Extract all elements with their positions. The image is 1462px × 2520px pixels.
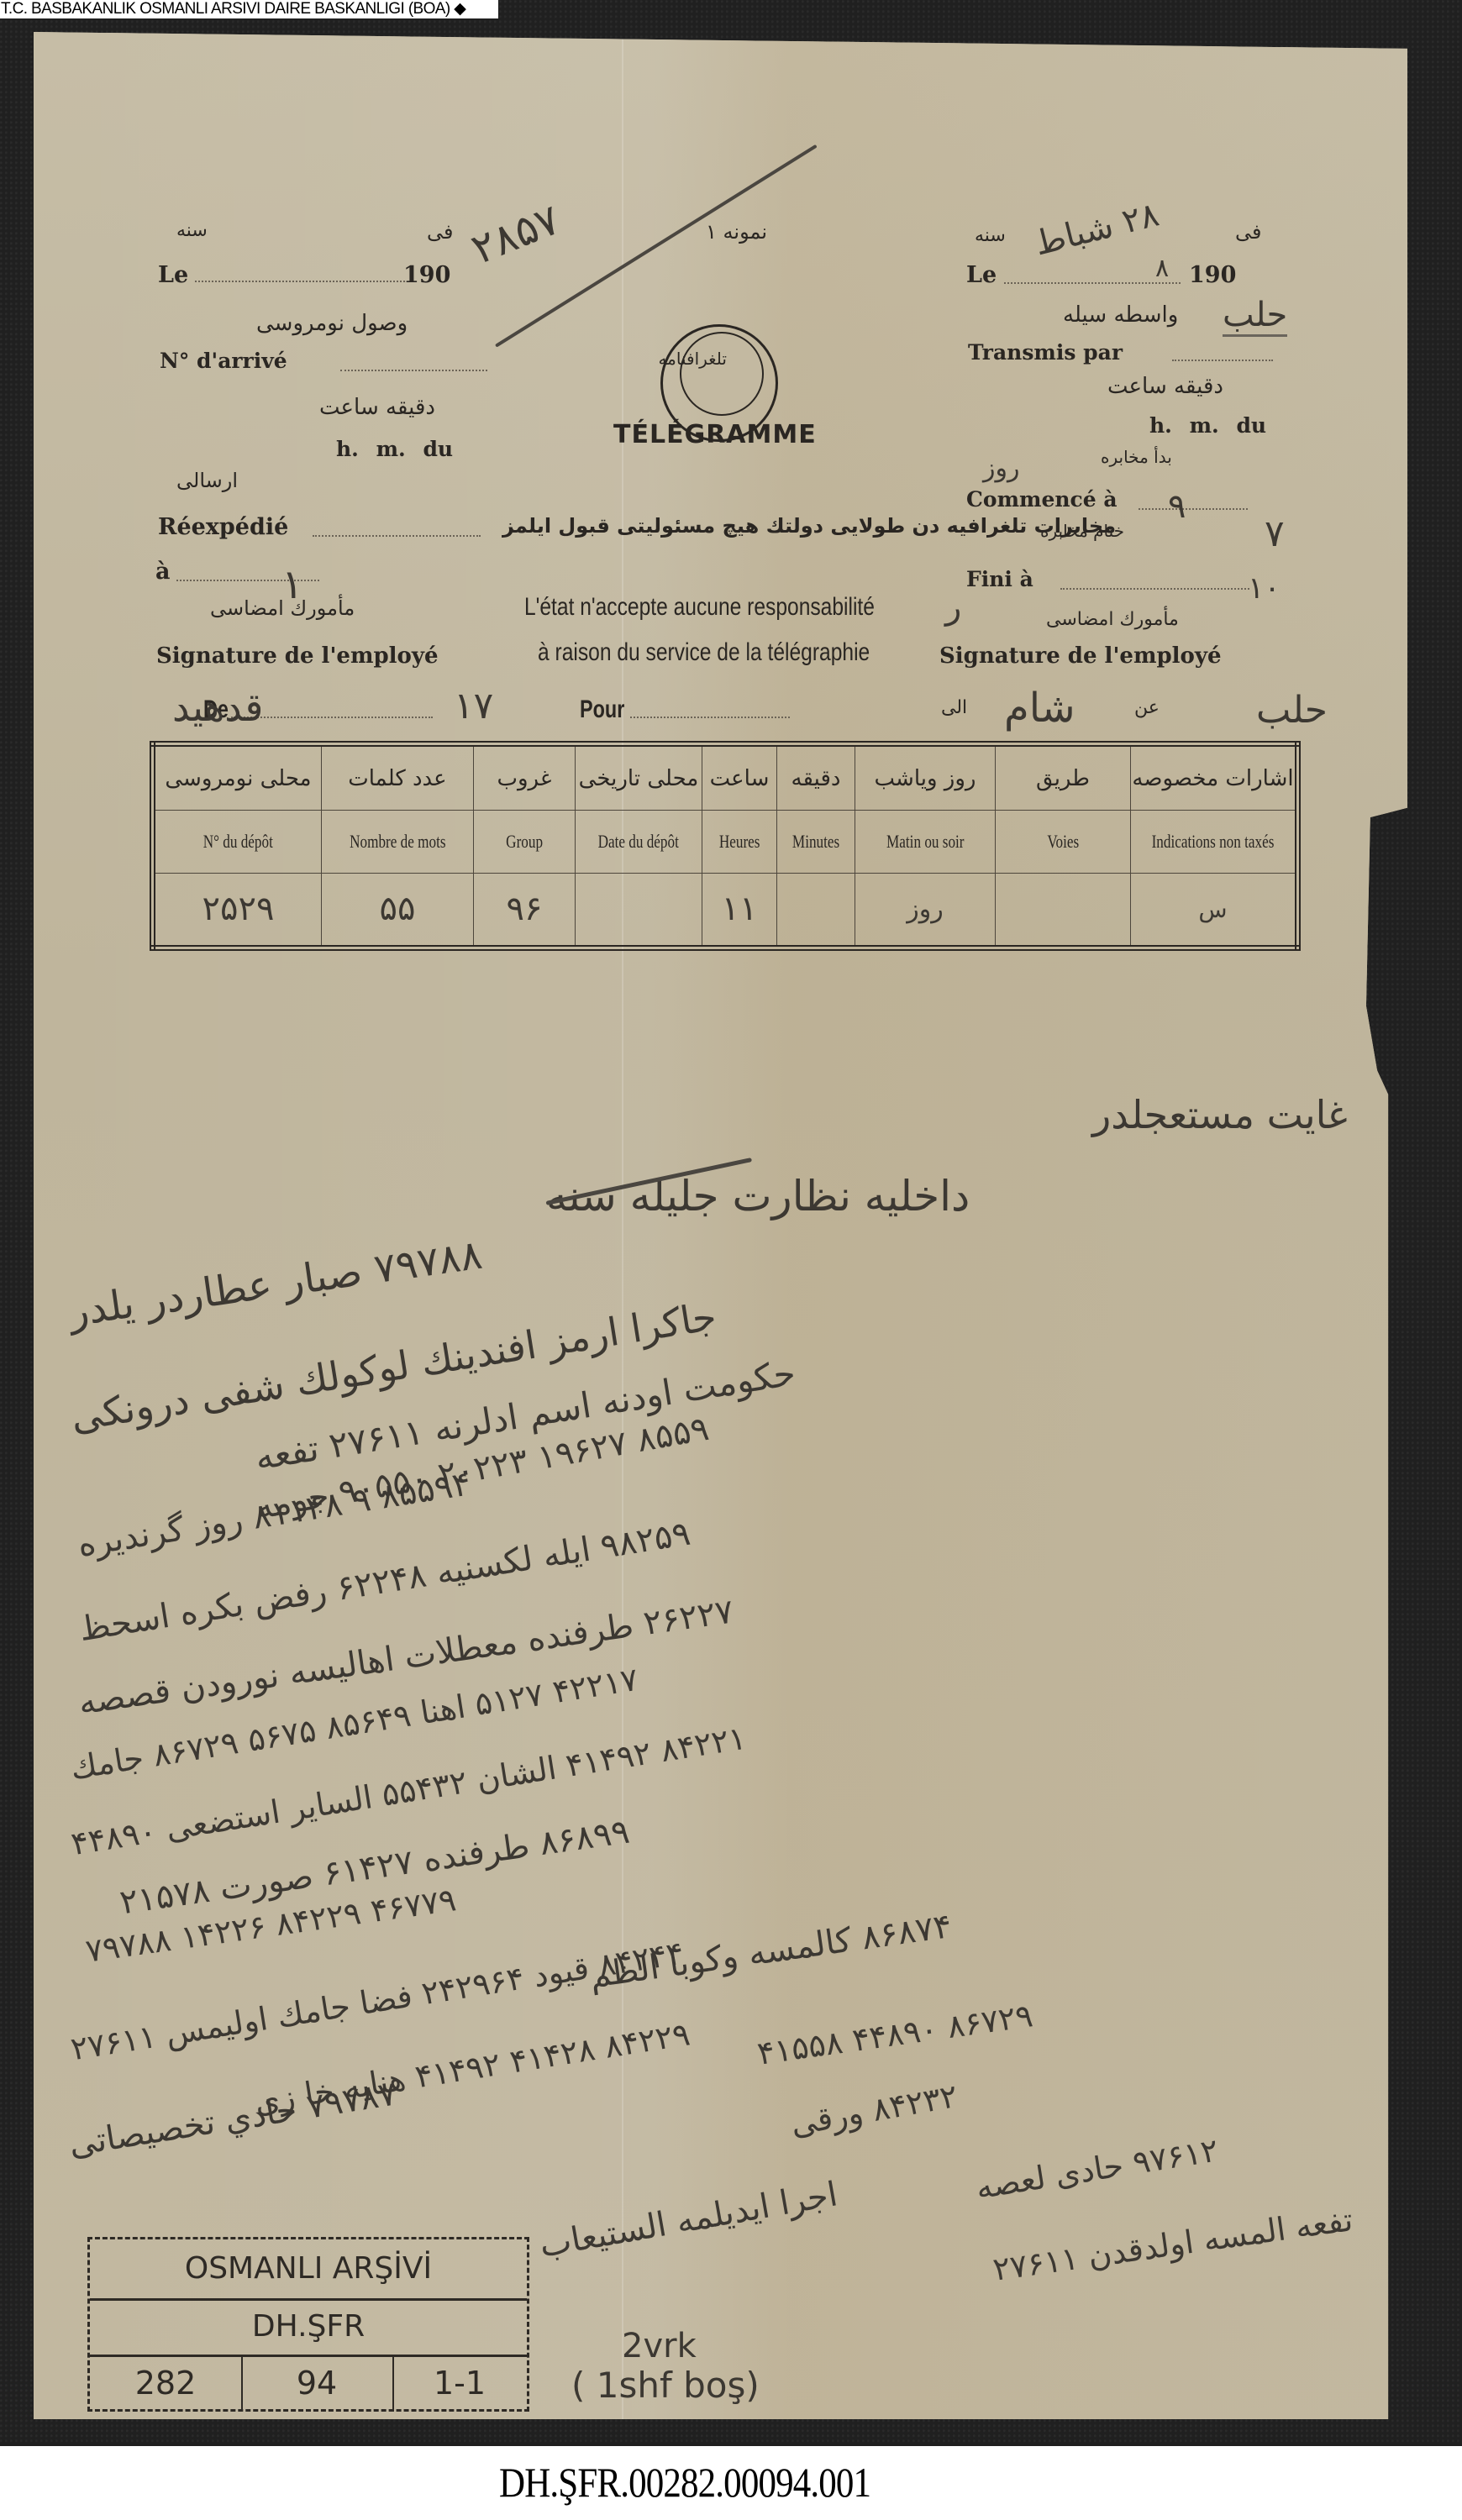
col-header-fr: Group	[474, 811, 576, 873]
cell-deposit-no[interactable]: ۲۵۲۹	[153, 873, 322, 948]
to-field[interactable]	[630, 717, 790, 718]
date-field-right[interactable]	[1004, 282, 1181, 284]
hw-to-value: شام	[1004, 685, 1075, 732]
priority-note: غايت مستعجلدر	[1092, 1092, 1348, 1137]
employee-sig-label-right: Signature de l'employé	[939, 643, 1222, 669]
cell-deposit-date[interactable]	[576, 873, 702, 948]
commenced-label: Commencé à	[966, 487, 1118, 512]
hw-commenced-side: ۷	[1265, 512, 1285, 555]
col-header-ar: روز وياشب	[855, 744, 996, 811]
commenced-field[interactable]	[1139, 508, 1248, 510]
time-label-ar-left: دقيقه ساعت	[319, 395, 435, 420]
cell-minutes[interactable]	[777, 873, 855, 948]
stamp-page-number: 1-1	[392, 2355, 527, 2412]
forwarded-label-ar: ارسالى	[176, 469, 238, 492]
table-header-ar-row: محلى نومروسى عدد كلمات غروب محلى تاريخى …	[153, 744, 1298, 811]
col-header-ar: محلى نومروسى	[153, 744, 322, 811]
time-label-ar-right: دقيقه ساعت	[1107, 374, 1223, 399]
disclaimer-line-1: L'état n'accepte aucune responsabilité	[524, 593, 875, 622]
addressee: داخليه نظارت جليله سنه	[546, 1172, 970, 1221]
arrival-no-label-ar: وصول نومروسى	[256, 311, 408, 336]
col-header-fr: N° du dépôt	[153, 811, 322, 873]
sene-label-ar: سنه	[176, 220, 208, 241]
col-header-fr: Indications non taxés	[1131, 811, 1298, 873]
col-header-ar: ساعت	[702, 744, 777, 811]
transmitted-by-field[interactable]	[1172, 360, 1273, 361]
col-header-fr: Voies	[996, 811, 1131, 873]
stamp-box-number: 282	[90, 2355, 243, 2412]
col-header-ar: عدد كلمات	[322, 744, 474, 811]
cell-morning-evening[interactable]: روز	[855, 873, 996, 948]
archive-stamp: OSMANLI ARŞİVİ DH.ŞFR 282 94 1-1	[87, 2237, 529, 2412]
emblem-text-ar: تلغرافنامه	[685, 349, 727, 369]
cell-word-count[interactable]: ۵۵	[322, 873, 474, 948]
archive-header-bar: T.C. BASBAKANLIK OSMANLI ARSIVI DAIRE BA…	[0, 0, 498, 18]
col-header-fr: Heures	[702, 811, 777, 873]
cell-hours[interactable]: ۱۱	[702, 873, 777, 948]
from-label-ar: عن	[1134, 697, 1160, 718]
col-header-ar: اشارات مخصوصه	[1131, 744, 1298, 811]
sene-label-ar-right: سنه	[975, 225, 1006, 246]
transmitted-by-label: Transmis par	[968, 340, 1123, 365]
col-header-ar: محلى تاريخى	[576, 744, 702, 811]
employee-sig-label-left: Signature de l'employé	[156, 643, 439, 669]
archivist-note-line-2: ( 1shf boş)	[571, 2365, 760, 2406]
year-prefix-left: 190	[403, 262, 450, 288]
col-header-fr: Minutes	[777, 811, 855, 873]
disclaimer-line-2: à raison du service de la télégraphie	[538, 638, 870, 667]
finished-label: Fini à	[966, 567, 1033, 591]
stamp-file-number: 94	[241, 2355, 394, 2412]
model-label-ar: نمونه ۱	[706, 220, 767, 244]
col-header-fr: Date du dépôt	[576, 811, 702, 873]
time-label-right: h. m. du	[1149, 413, 1266, 438]
arrival-no-field[interactable]	[340, 370, 487, 371]
col-header-fr: Matin ou soir	[855, 811, 996, 873]
col-header-ar: غروب	[474, 744, 576, 811]
fi-label-ar: فى	[427, 220, 453, 244]
hw-finished-value: ۱۰	[1248, 571, 1281, 606]
hw-right-date-day: ۸	[1155, 254, 1169, 283]
reexpedie-label: Réexpédié	[158, 514, 288, 540]
col-header-fr: Nombre de mots	[322, 811, 474, 873]
hw-reexpedie-mark: ١	[281, 561, 303, 608]
le-label-left: Le	[158, 262, 188, 288]
start-label-ar: بدأ مخابره	[1101, 447, 1172, 467]
hw-from-value: ۱۷	[454, 685, 493, 727]
telegramme-title: TÉLÉGRAMME	[613, 420, 815, 449]
table-row: ۲۵۲۹ ۵۵ ۹۶ ۱۱ روز س	[153, 873, 1298, 948]
stamp-fond: DH.ŞFR	[90, 2298, 527, 2357]
via-label-ar: واسطه سيله	[1063, 302, 1178, 328]
disclaimer-ar: مخابرات تلغرافيه دن طولايى دولتك هيچ مسئ…	[502, 514, 1116, 538]
hw-via-value: حلب	[1223, 296, 1287, 337]
cell-indications[interactable]: س	[1131, 873, 1298, 948]
cell-group[interactable]: ۹۶	[474, 873, 576, 948]
hw-commenced-value: ۹	[1168, 487, 1186, 526]
employee-sig-label-ar-right: مأمورك امضاسى	[1046, 609, 1179, 630]
hw-route-right-mark: حلب	[1256, 689, 1328, 732]
time-label-left: h. m. du	[336, 437, 453, 461]
arrival-no-label: N° d'arrivé	[160, 349, 287, 373]
cell-routes[interactable]	[996, 873, 1131, 948]
year-prefix-right: 190	[1189, 262, 1236, 288]
deposit-table: محلى نومروسى عدد كلمات غروب محلى تاريخى …	[150, 741, 1301, 951]
to-label-ar: الى	[941, 697, 967, 718]
col-header-ar: طريق	[996, 744, 1131, 811]
fi-label-ar-right: فى	[1235, 220, 1261, 244]
reexpedie-field[interactable]	[313, 535, 481, 537]
col-header-ar: دقيقه	[777, 744, 855, 811]
hw-right-signature: ر	[945, 588, 961, 627]
to-label-left: à	[155, 559, 171, 585]
to-label: Pour	[580, 696, 624, 724]
hw-left-signature: قدهيد	[172, 685, 263, 730]
date-field-left[interactable]	[195, 281, 405, 282]
reference-code: DH.ŞFR.00282.00094.001	[499, 2458, 870, 2507]
hw-time-value: روز	[983, 454, 1019, 483]
table-header-fr-row: N° du dépôt Nombre de mots Group Date du…	[153, 811, 1298, 873]
le-label-right: Le	[966, 262, 997, 288]
archivist-note-line-1: 2vrk	[622, 2327, 697, 2365]
stamp-title: OSMANLI ARŞİVİ	[90, 2239, 527, 2301]
finished-field[interactable]	[1060, 588, 1249, 590]
end-label-ar: ختام مخابره	[1040, 521, 1124, 541]
